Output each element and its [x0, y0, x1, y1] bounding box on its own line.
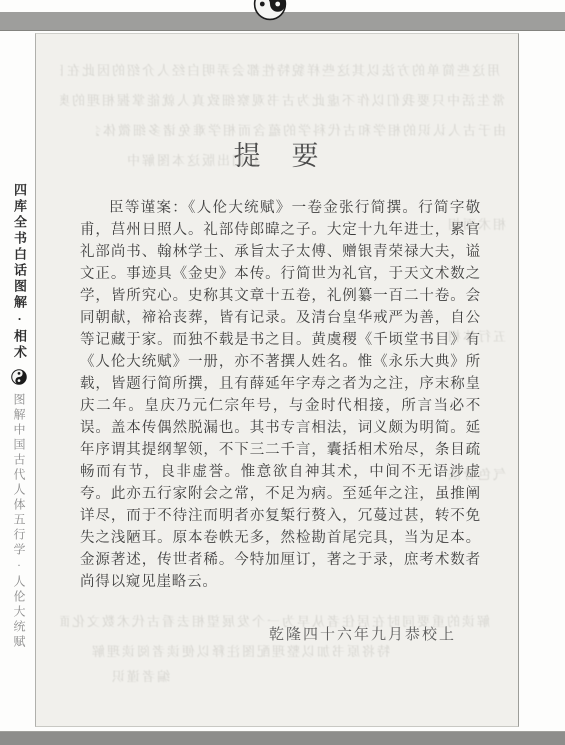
- bleed-through-text: 编者谨识: [60, 666, 170, 685]
- book-spine-sidebar: 四库全书白话图解·相术 图解中国古代人体五行学·人伦大统赋: [3, 183, 35, 650]
- taiji-icon-small: [11, 369, 27, 385]
- taiji-icon: [253, 0, 287, 21]
- bleed-through-text: 用这些简单的方法以其这些样貌特性都会弄明白经人介绍的因此在日: [60, 60, 500, 79]
- abstract-body-text: 臣等谨案：《人伦大统赋》一卷金张行简撰。行简字敬甫，莒州日照人。礼部侍郎暐之子。…: [80, 197, 481, 593]
- bottom-divider-bar: [0, 731, 565, 745]
- colophon-line: 乾隆四十六年九月恭校上: [36, 623, 456, 644]
- book-subtitle-vertical: 图解中国古代人体五行学·人伦大统赋: [4, 393, 34, 650]
- scanned-page: 用这些简单的方法以其这些样貌特性都会弄明白经人介绍的因此在日 常生活中只要我们以…: [35, 33, 519, 727]
- bleed-through-text: 常生活中只要我们以作不虚此为古书观察细致真人就能掌握相理的奥妙: [60, 90, 505, 109]
- series-title-vertical: 四库全书白话图解·相术: [4, 183, 34, 361]
- page-title: 提 要: [36, 134, 518, 173]
